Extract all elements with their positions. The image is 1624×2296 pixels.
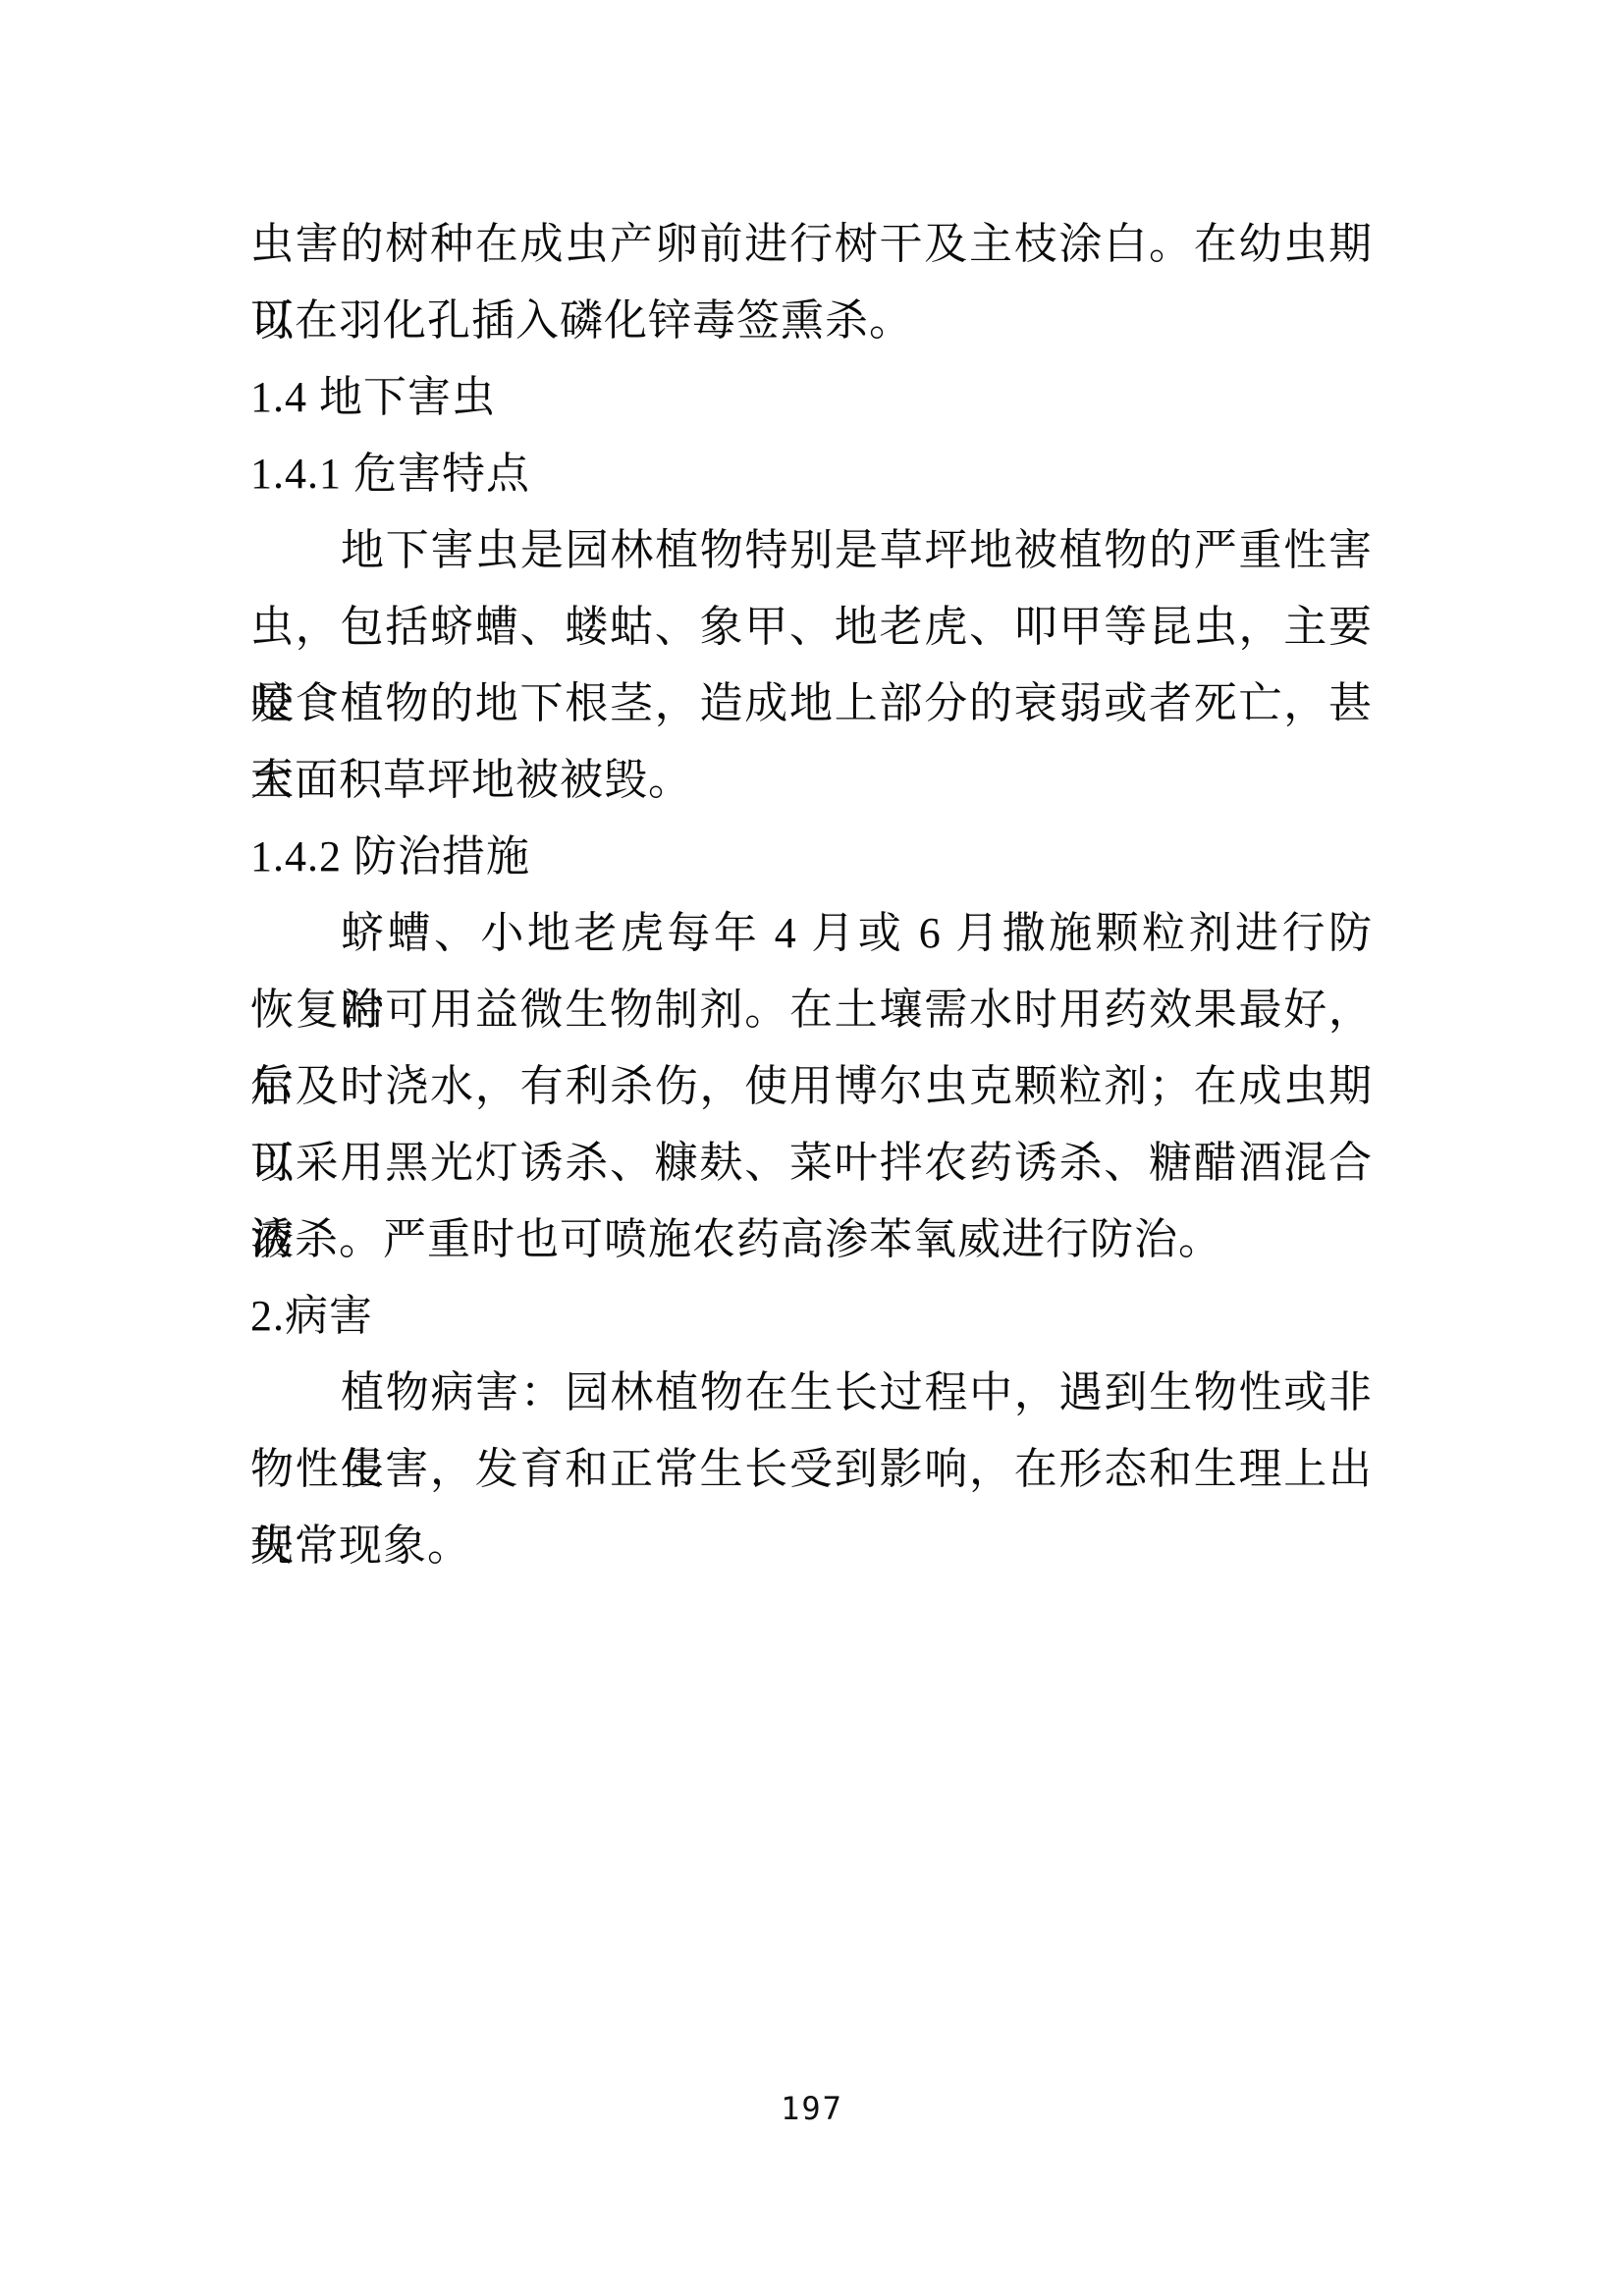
text-line: 地下害虫是园林植物特别是草坪地被植物的严重性害	[250, 512, 1373, 589]
text-line: 物性侵害，发育和正常生长受到影响，在形态和生理上出现	[250, 1431, 1373, 1508]
section-heading-1-4: 1.4 地下害虫	[250, 359, 1373, 436]
section-heading-1-4-1: 1.4.1 危害特点	[250, 436, 1373, 512]
text-line: 以在羽化孔插入磷化锌毒签熏杀。	[250, 283, 1373, 359]
text-line: 蛴螬、小地老虎每年 4 月或 6 月撒施颗粒剂进行防治，	[250, 895, 1373, 972]
text-line: 以采用黑光灯诱杀、糠麸、菜叶拌农药诱杀、糖醋酒混合液	[250, 1125, 1373, 1201]
section-heading-2: 2.病害	[250, 1278, 1373, 1355]
document-page: 虫害的树种在成虫产卵前进行树干及主枝涂白。在幼虫期可 以在羽化孔插入磷化锌毒签熏…	[0, 0, 1624, 2296]
text-line: 后及时浇水，有利杀伤，使用博尔虫克颗粒剂；在成虫期可	[250, 1048, 1373, 1125]
section-heading-1-4-2: 1.4.2 防治措施	[250, 819, 1373, 895]
text-line: 恢复时可用益微生物制剂。在土壤需水时用药效果最好，尔	[250, 972, 1373, 1048]
text-line: 咬食植物的地下根茎，造成地上部分的衰弱或者死亡，甚至	[250, 666, 1373, 742]
text-line: 植物病害：园林植物在生长过程中，遇到生物性或非生	[250, 1355, 1373, 1431]
text-line: 诱杀。严重时也可喷施农药高渗苯氧威进行防治。	[250, 1201, 1373, 1278]
text-line: 大面积草坪地被被毁。	[250, 742, 1373, 819]
text-line: 虫，包括蛴螬、蝼蛄、象甲、地老虎、叩甲等昆虫，主要是	[250, 589, 1373, 666]
text-block: 虫害的树种在成虫产卵前进行树干及主枝涂白。在幼虫期可 以在羽化孔插入磷化锌毒签熏…	[250, 206, 1373, 1584]
page-number: 197	[0, 2089, 1624, 2128]
text-line: 失常现象。	[250, 1508, 1373, 1584]
text-line: 虫害的树种在成虫产卵前进行树干及主枝涂白。在幼虫期可	[250, 206, 1373, 283]
